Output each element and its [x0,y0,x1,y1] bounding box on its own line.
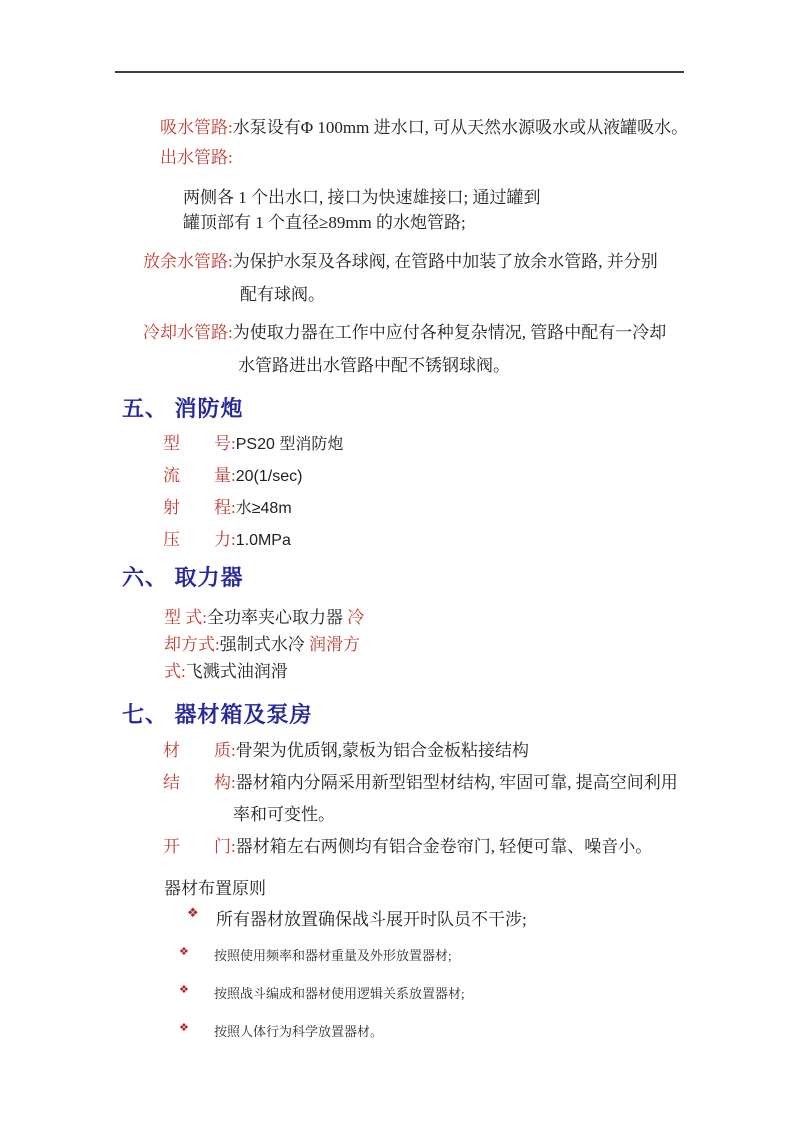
cooling-pipe-label: 冷却水管路: [143,323,233,342]
cooling-pipe-text2: 水管路进出水管路中配不锈钢球阀。 [238,356,510,375]
section-heading-fire-monitor: 五、 消防炮 [122,392,244,423]
spec-value-range: 水≥48m [236,500,292,517]
principle-item-1: ❖ 所有器材放置确保战斗展开时队员不干涉; [187,905,527,930]
equipment-row-structure-cont: 率和可变性。 [233,804,335,826]
pto-label3: 式: [164,662,186,681]
equipment-label-material: 材 质: [163,741,236,760]
outlet-detail-line1: 两侧各 1 个出水口, 接口为快速雄接口; 通过罐到 [183,187,540,209]
spec-value-model: PS20 型消防炮 [236,436,344,453]
equipment-value-door: 器材箱左右两侧均有铝合金卷帘门, 轻便可靠、噪音小。 [236,837,653,856]
equipment-value-structure: 器材箱内分隔采用新型铝型材结构, 牢固可靠, 提高空间利用 [236,773,678,792]
principle-item-4: ❖ 按照人体行为科学放置器材。 [179,1021,383,1040]
diamond-bullet-icon: ❖ [179,1021,214,1035]
spec-row-range: 射 程:水≥48m [163,497,292,520]
spec-label-flow: 流 量: [163,466,236,485]
outlet-detail-line2: 罐顶部有 1 个直径≥89mm 的水炮管路; [183,212,466,234]
equipment-row-material: 材 质:骨架为优质钢,蒙板为铝合金板粘接结构 [163,740,529,762]
drain-pipe-line1: 放余水管路:为保护水泵及各球阀, 在管路中加装了放余水管路, 并分别 [143,251,658,273]
equipment-row-door: 开 门:器材箱左右两侧均有铝合金卷帘门, 轻便可靠、噪音小。 [163,836,652,858]
diamond-bullet-icon: ❖ [179,945,214,959]
spec-row-flow: 流 量:20(1/sec) [163,465,302,488]
pto-label2: 却方式: [164,635,220,654]
pto-value2: 强制式水冷 [220,635,309,654]
pto-value1: 全功率夹心取力器 [207,608,347,627]
principles-title: 器材布置原则 [164,878,266,900]
document-page: 吸水管路:水泵设有Φ 100mm 进水口, 可从天然水源吸水或从液罐吸水。 出水… [0,0,800,1132]
diamond-bullet-icon: ❖ [179,983,214,997]
principle-item-2: ❖ 按照使用频率和器材重量及外形放置器材; [179,945,452,964]
outlet-pipe-line: 出水管路: [160,147,233,169]
section-heading-equipment: 七、 器材箱及泵房 [122,698,313,729]
pto-label1: 型 式: [164,608,207,627]
suction-pipe-text: 水泵设有Φ 100mm 进水口, 可从天然水源吸水或从液罐吸水。 [233,118,688,137]
pto-line3: 式:飞溅式油润滑 [164,661,288,683]
cooling-pipe-line1: 冷却水管路:为使取力器在工作中应付各种复杂情况, 管路中配有一冷却 [143,322,666,344]
drain-pipe-line2: 配有球阀。 [240,284,325,306]
principle-text-3: 按照战斗编成和器材使用逻辑关系放置器材; [214,983,465,1002]
drain-pipe-text2: 配有球阀。 [240,285,325,304]
principle-text-1: 所有器材放置确保战斗展开时队员不干涉; [216,905,527,930]
drain-pipe-text1: 为保护水泵及各球阀, 在管路中加装了放余水管路, 并分别 [233,252,658,271]
pto-tail2: 润滑方 [309,635,360,654]
cooling-pipe-line2: 水管路进出水管路中配不锈钢球阀。 [238,355,510,377]
equipment-label-door: 开 门: [163,837,236,856]
outlet-detail-text2: 罐顶部有 1 个直径≥89mm 的水炮管路; [183,213,466,232]
principle-text-2: 按照使用频率和器材重量及外形放置器材; [214,945,452,964]
spec-row-model: 型 号:PS20 型消防炮 [163,433,343,456]
spec-label-pressure: 压 力: [163,530,236,549]
equipment-value-material: 骨架为优质钢,蒙板为铝合金板粘接结构 [236,741,529,760]
outlet-pipe-label: 出水管路: [160,148,233,167]
pto-tail1: 冷 [347,608,364,627]
pto-value3: 飞溅式油润滑 [186,662,288,681]
cooling-pipe-text1: 为使取力器在工作中应付各种复杂情况, 管路中配有一冷却 [233,323,667,342]
equipment-row-structure: 结 构:器材箱内分隔采用新型铝型材结构, 牢固可靠, 提高空间利用 [163,772,678,794]
spec-value-pressure: 1.0MPa [236,532,291,549]
pto-line2: 却方式:强制式水冷 润滑方 [164,634,360,656]
header-rule [115,71,684,73]
suction-pipe-line: 吸水管路:水泵设有Φ 100mm 进水口, 可从天然水源吸水或从液罐吸水。 [160,117,688,139]
spec-value-flow: 20(1/sec) [236,468,303,485]
diamond-bullet-icon: ❖ [187,905,216,923]
suction-pipe-label: 吸水管路: [160,118,233,137]
equipment-label-structure: 结 构: [163,773,236,792]
principle-item-3: ❖ 按照战斗编成和器材使用逻辑关系放置器材; [179,983,465,1002]
spec-row-pressure: 压 力:1.0MPa [163,529,291,552]
outlet-detail-text1: 两侧各 1 个出水口, 接口为快速雄接口; 通过罐到 [183,188,540,207]
pto-line1: 型 式:全功率夹心取力器 冷 [164,607,364,629]
spec-label-model: 型 号: [163,434,236,453]
drain-pipe-label: 放余水管路: [143,252,233,271]
section-heading-pto: 六、 取力器 [122,561,244,592]
spec-label-range: 射 程: [163,498,236,517]
principle-text-4: 按照人体行为科学放置器材。 [214,1021,383,1040]
equipment-value-structure2: 率和可变性。 [233,805,335,824]
